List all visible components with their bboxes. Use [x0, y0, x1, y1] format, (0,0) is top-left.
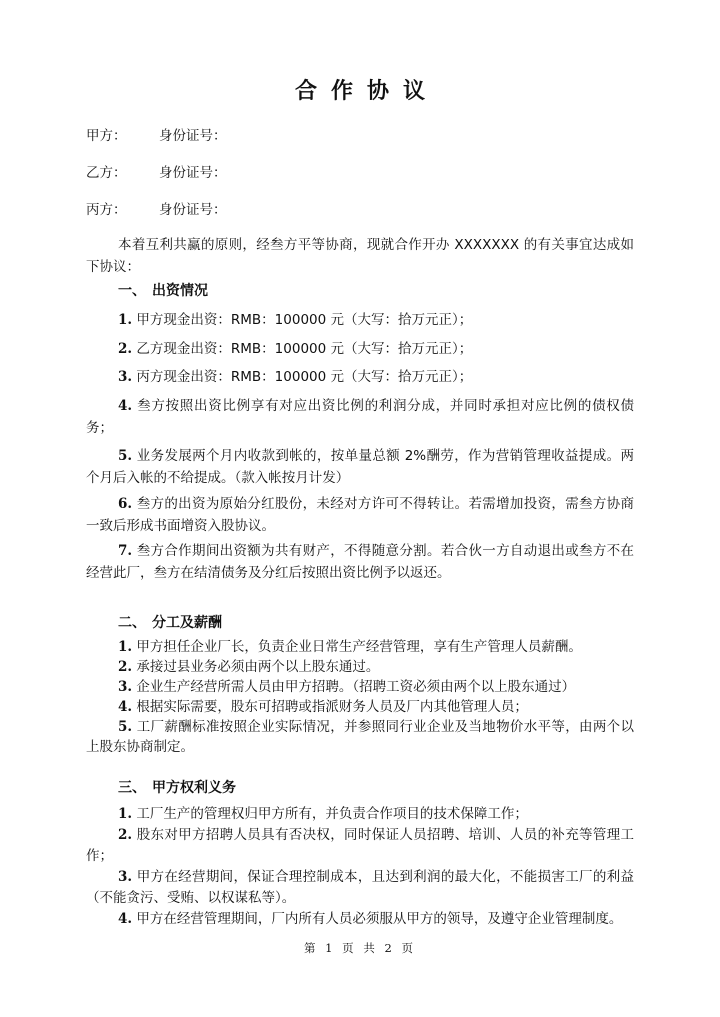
section-title: 出资情况 — [152, 280, 208, 300]
clause-text: 承接过县业务必须由两个以上股东通过。 — [136, 659, 379, 675]
clause-text: 企业生产经营所需人员由甲方招聘。（招聘工资必须由两个以上股东通过） — [136, 679, 575, 695]
party-label: 甲方： — [86, 128, 127, 144]
clause-text: 甲方在经营期间，保证合理控制成本，且达到利润的最大化，不能损害工厂的利益（不能贪… — [86, 869, 634, 906]
clause-number: 4. — [118, 398, 132, 414]
id-number-label: 身份证号： — [159, 198, 227, 218]
clause-text: 叁方的出资为原始分红股份，未经对方许可不得转让。若需增加投资，需叁方协商一致后形… — [86, 496, 634, 534]
clause-1-2: 2. 乙方现金出资：RMB：100000 元（大写：拾万元正）； — [86, 338, 634, 360]
clause-number: 4. — [118, 911, 132, 927]
clause-number: 6. — [118, 496, 132, 512]
clause-1-5: 5. 业务发展两个月内收款到帐的，按单量总额 2%酬劳，作为营销管理收益提成。两… — [86, 445, 634, 489]
clause-text: 乙方现金出资：RMB：100000 元（大写：拾万元正）； — [136, 341, 472, 357]
clause-number: 1. — [118, 639, 132, 655]
clause-2-5: 5. 工厂薪酬标准按照企业实际情况，并参照同行业企业及当地物价水平等，由两个以上… — [86, 717, 634, 757]
clause-1-4: 4. 叁方按照出资比例享有对应出资比例的利润分成，并同时承担对应比例的债权债务； — [86, 395, 634, 439]
document-title: 合作协议 — [0, 74, 720, 105]
party-label: 乙方： — [86, 165, 127, 181]
document-page: 合作协议 甲方： 身份证号： 乙方： 身份证号： 丙方： 身份证号： 本着互利共… — [0, 0, 720, 1017]
clause-text: 丙方现金出资：RMB：100000 元（大写：拾万元正）； — [136, 369, 472, 385]
clause-3-4: 4. 甲方在经营管理期间，厂内所有人员必须服从甲方的领导，及遵守企业管理制度。 — [86, 909, 634, 930]
clause-2-4: 4. 根据实际需要，股东可招聘或指派财务人员及厂内其他管理人员； — [86, 697, 634, 717]
section-number: 三、 — [118, 780, 146, 796]
clause-number: 3. — [118, 679, 132, 695]
clause-text: 工厂薪酬标准按照企业实际情况，并参照同行业企业及当地物价水平等，由两个以上股东协… — [86, 719, 634, 755]
clause-text: 叁方合作期间出资额为共有财产，不得随意分割。若合伙一方自动退出或叁方不在经营此厂… — [86, 543, 634, 581]
preamble-paragraph: 本着互利共赢的原则，经叁方平等协商，现就合作开办 XXXXXXX 的有关事宜达成… — [86, 234, 634, 278]
clause-number: 2. — [118, 341, 132, 357]
party-label: 丙方： — [86, 202, 127, 218]
party-jia-row: 甲方： 身份证号： — [86, 124, 127, 144]
clause-number: 1. — [118, 312, 132, 328]
clause-text: 叁方按照出资比例享有对应出资比例的利润分成，并同时承担对应比例的债权债务； — [86, 398, 634, 436]
clause-2-3: 3. 企业生产经营所需人员由甲方招聘。（招聘工资必须由两个以上股东通过） — [86, 677, 634, 697]
clause-number: 3. — [118, 869, 132, 885]
clause-number: 2. — [118, 827, 132, 843]
clause-3-2: 2. 股东对甲方招聘人员具有否决权，同时保证人员招聘、培训、人员的补充等管理工作… — [86, 825, 634, 867]
party-yi-row: 乙方： 身份证号： — [86, 161, 127, 181]
clause-text: 工厂生产的管理权归甲方所有，并负责合作项目的技术保障工作； — [136, 806, 528, 822]
section-number: 一、 — [118, 283, 146, 299]
clause-3-1: 1. 工厂生产的管理权归甲方所有，并负责合作项目的技术保障工作； — [86, 804, 634, 825]
clause-1-3: 3. 丙方现金出资：RMB：100000 元（大写：拾万元正）； — [86, 366, 634, 388]
clause-number: 1. — [118, 806, 132, 822]
section-number: 二、 — [118, 615, 146, 631]
clause-2-1: 1. 甲方担任企业厂长，负责企业日常生产经营管理，享有生产管理人员薪酬。 — [86, 637, 634, 657]
clause-text: 业务发展两个月内收款到帐的，按单量总额 2%酬劳，作为营销管理收益提成。两个月后… — [86, 448, 634, 486]
clause-text: 甲方担任企业厂长，负责企业日常生产经营管理，享有生产管理人员薪酬。 — [136, 639, 582, 655]
page-footer: 第 1 页 共 2 页 — [0, 940, 720, 956]
clause-1-7: 7. 叁方合作期间出资额为共有财产，不得随意分割。若合伙一方自动退出或叁方不在经… — [86, 540, 634, 584]
clause-2-2: 2. 承接过县业务必须由两个以上股东通过。 — [86, 657, 634, 677]
clause-number: 4. — [118, 699, 132, 715]
clause-1-6: 6. 叁方的出资为原始分红股份，未经对方许可不得转让。若需增加投资，需叁方协商一… — [86, 493, 634, 537]
clause-text: 根据实际需要，股东可招聘或指派财务人员及厂内其他管理人员； — [136, 699, 528, 715]
section-title: 分工及薪酬 — [152, 612, 222, 632]
clause-text: 股东对甲方招聘人员具有否决权，同时保证人员招聘、培训、人员的补充等管理工作； — [86, 827, 634, 864]
section-heading-3: 三、 甲方权利义务 — [118, 777, 146, 797]
clause-text: 甲方在经营管理期间，厂内所有人员必须服从甲方的领导，及遵守企业管理制度。 — [136, 911, 622, 927]
clause-number: 7. — [118, 543, 132, 559]
id-number-label: 身份证号： — [159, 124, 227, 144]
clause-text: 甲方现金出资：RMB：100000 元（大写：拾万元正）； — [136, 312, 472, 328]
clause-number: 5. — [118, 719, 132, 735]
clause-number: 5. — [118, 448, 132, 464]
section-heading-1: 一、 出资情况 — [118, 280, 146, 300]
party-bing-row: 丙方： 身份证号： — [86, 198, 127, 218]
clause-3-3: 3. 甲方在经营期间，保证合理控制成本，且达到利润的最大化，不能损害工厂的利益（… — [86, 867, 634, 909]
id-number-label: 身份证号： — [159, 161, 227, 181]
clause-number: 2. — [118, 659, 132, 675]
clause-number: 3. — [118, 369, 132, 385]
clause-1-1: 1. 甲方现金出资：RMB：100000 元（大写：拾万元正）； — [86, 309, 634, 331]
section-title: 甲方权利义务 — [152, 777, 236, 797]
section-heading-2: 二、 分工及薪酬 — [118, 612, 146, 632]
